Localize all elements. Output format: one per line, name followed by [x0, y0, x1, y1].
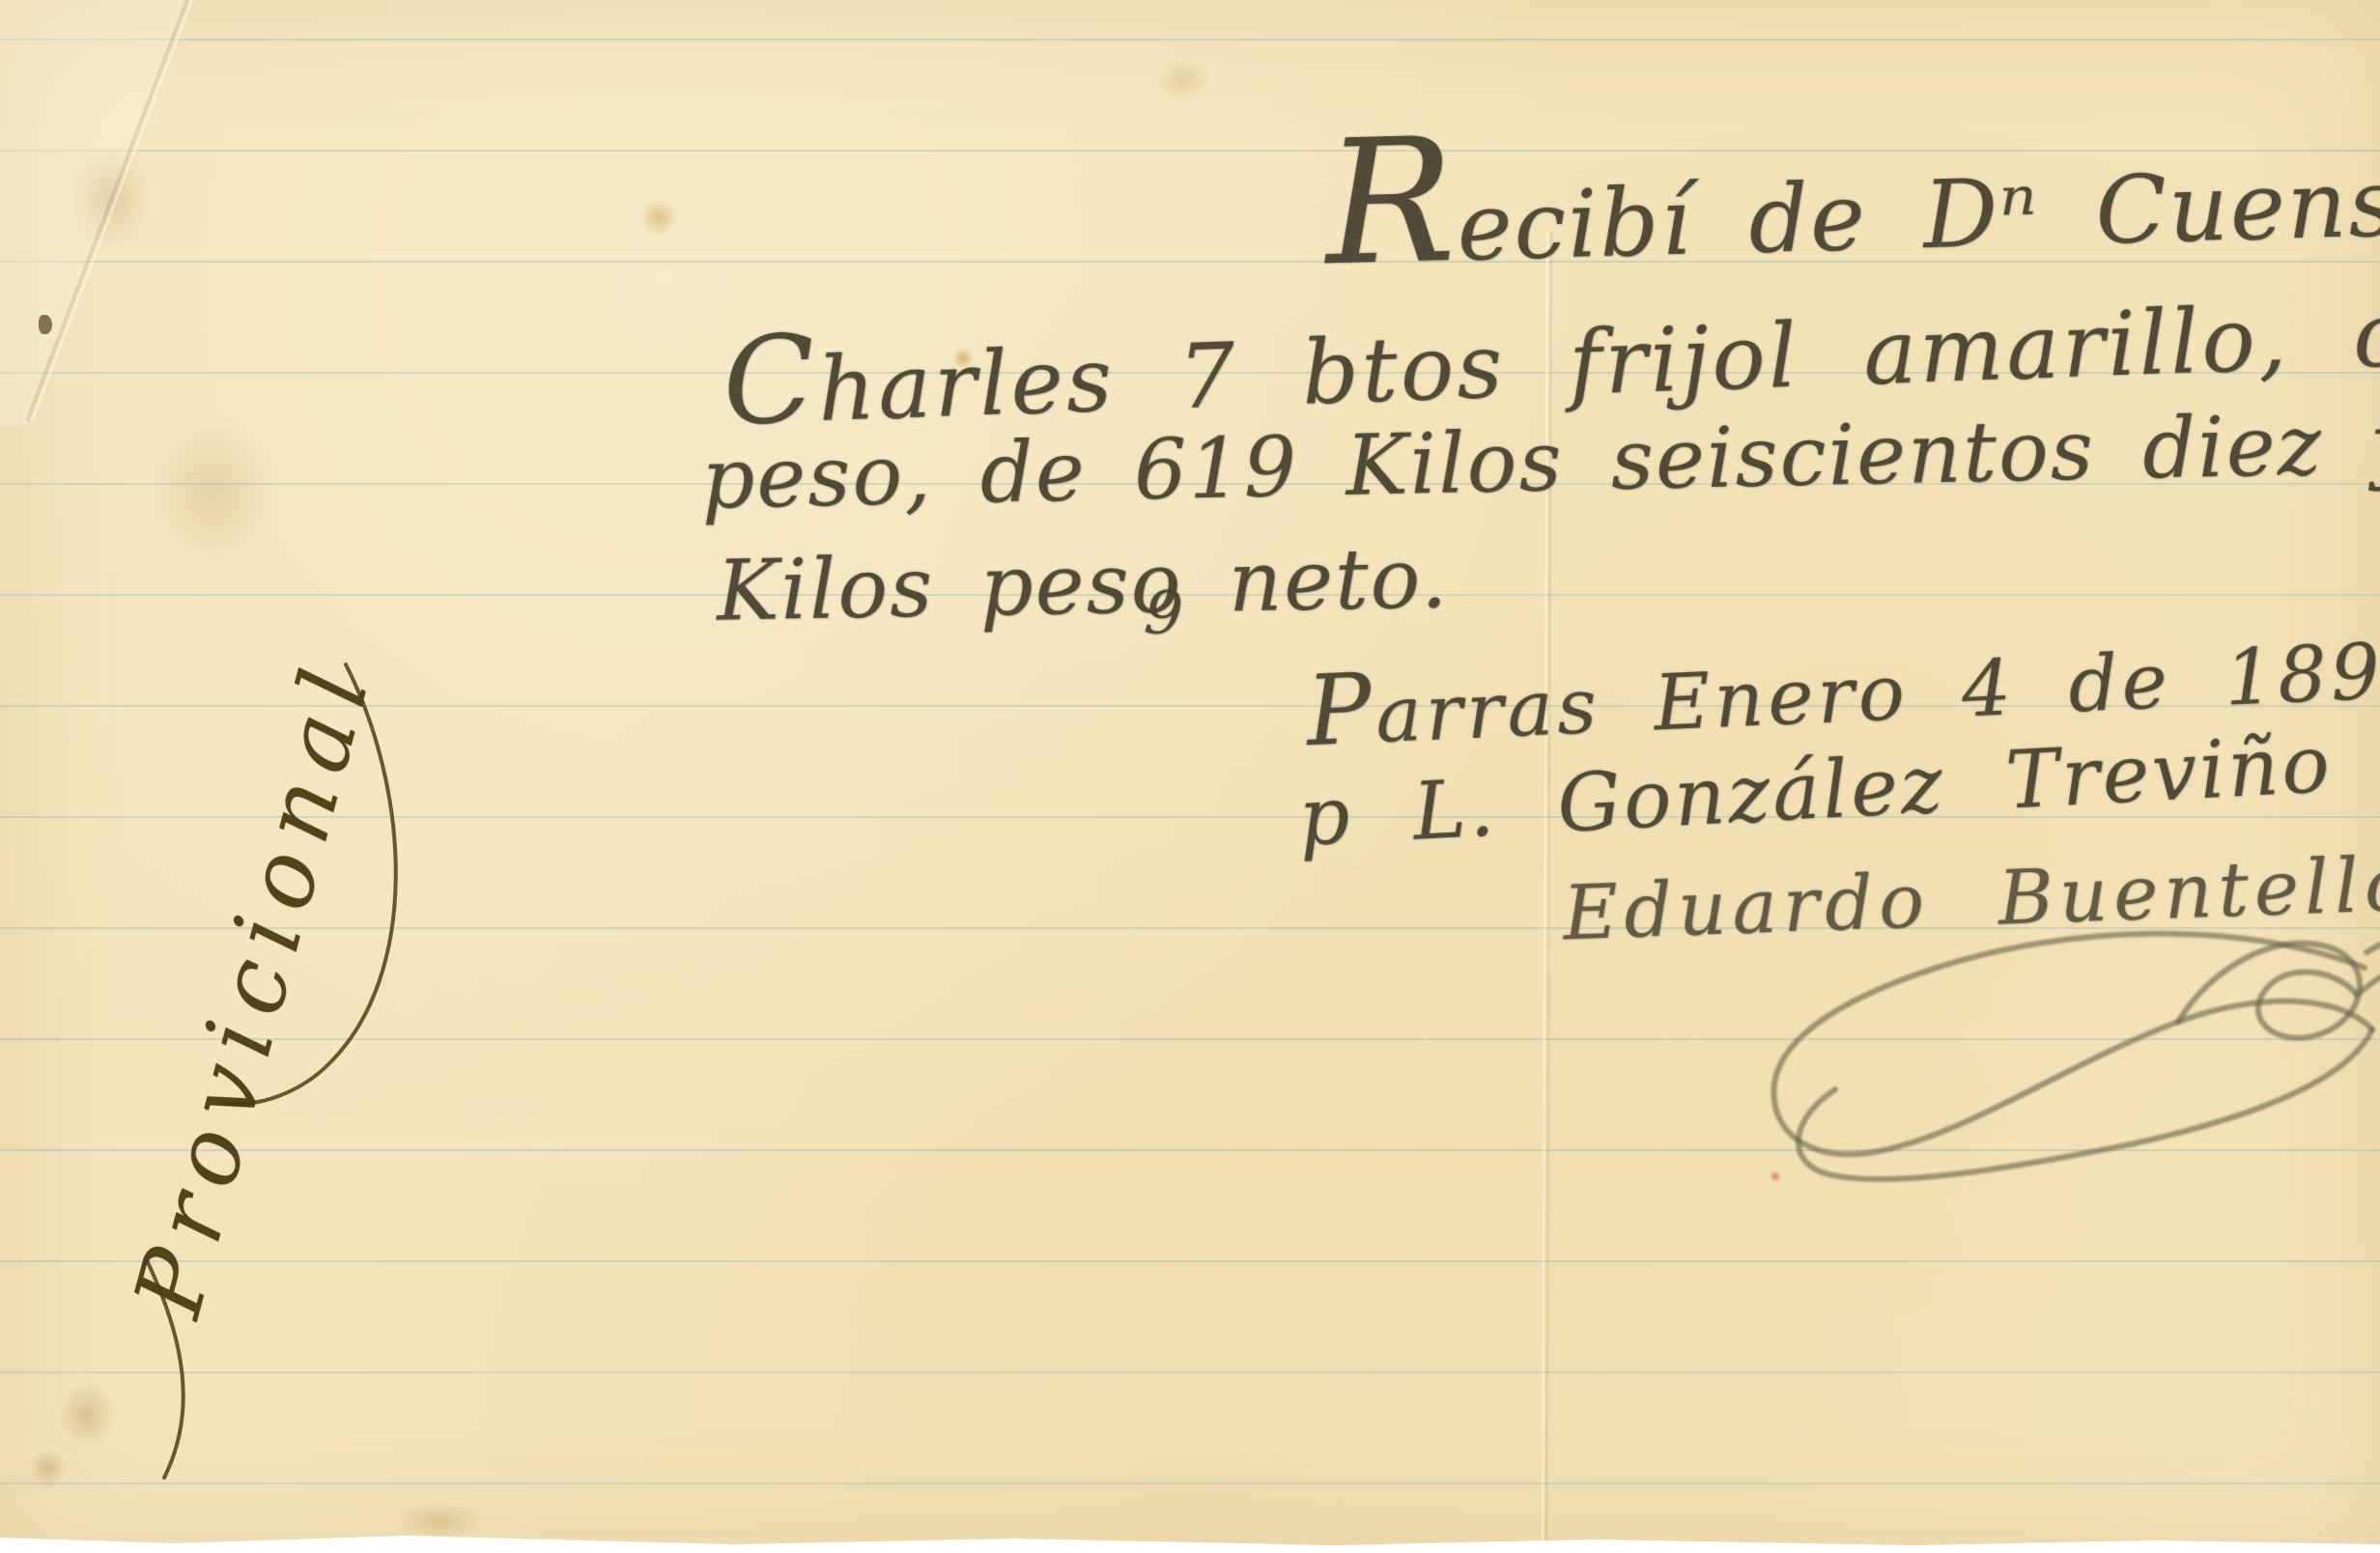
receipt-line-kilos-neto: Kilos peso neto. [716, 530, 1450, 639]
scanned-receipt-page: Recibí de Dⁿ Cuense Charles 7 btos frijo… [0, 0, 2380, 1553]
stray-ink-mark: 9 [1143, 577, 1185, 650]
